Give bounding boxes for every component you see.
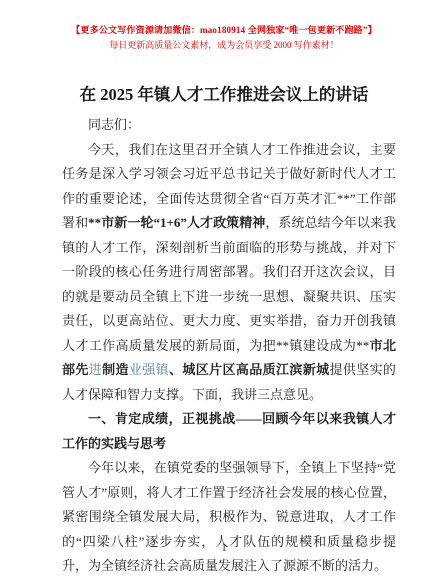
text-segment: ，系统总结今年以来我镇的人才工作，深刻剖析当前面临的形势与挑战，并对下一阶段的核… [62, 215, 396, 353]
paragraph: 同志们： [62, 113, 396, 138]
document-title: 在 2025 年镇人才工作推进会议上的讲话 [40, 84, 408, 106]
header-ad-line1: 【更多公文写作资源请加微信：mao180914 全网独家“唯一包更新不跑路”】 [0, 23, 448, 38]
text-segment: 城区片区高品质江滨新城 [182, 362, 329, 377]
document-body: 同志们：今天，我们在这里召开全镇人才工作推进会议，主要任务是深入学习领会习近平总… [0, 113, 448, 579]
page-footer: 1 [0, 538, 448, 556]
paragraph: 今天，我们在这里召开全镇人才工作推进会议，主要任务是深入学习领会习近平总书记关于… [62, 138, 396, 408]
paragraph: 今年以来，在镇党委的坚强领导下，全镇上下坚持“党管人才”原则，将人才工作置于经济… [62, 456, 396, 579]
page-number: 1 [221, 542, 227, 554]
text-segment: 进 [89, 362, 102, 377]
text-segment: 、 [169, 362, 182, 377]
text-segment: **市新一轮“1+6”人才政策精神 [88, 215, 265, 230]
section-heading: 一、肯定成绩，正视挑战——回顾今年以来我镇人才工作的实践与思考 [62, 407, 396, 456]
header-ad: 【更多公文写作资源请加微信：mao180914 全网独家“唯一包更新不跑路”】 … [0, 0, 448, 53]
text-segment: 制造 [102, 362, 129, 377]
text-segment: 今年以来，在镇党委的坚强领导下，全镇上下坚持“党管人才”原则，将人才工作置于经济… [62, 460, 396, 573]
text-segment: 一、肯定成绩，正视挑战——回顾今年以来我镇人才工作的实践与思考 [62, 411, 396, 451]
text-segment: 强镇 [142, 362, 169, 377]
text-segment: 业 [129, 362, 142, 377]
header-ad-line2: 每日更新高质量公文素材，成为会员享受 2000 写作素材！ [0, 38, 448, 53]
document-page: 【更多公文写作资源请加微信：mao180914 全网独家“唯一包更新不跑路”】 … [0, 0, 448, 580]
text-segment: 同志们： [88, 117, 140, 132]
